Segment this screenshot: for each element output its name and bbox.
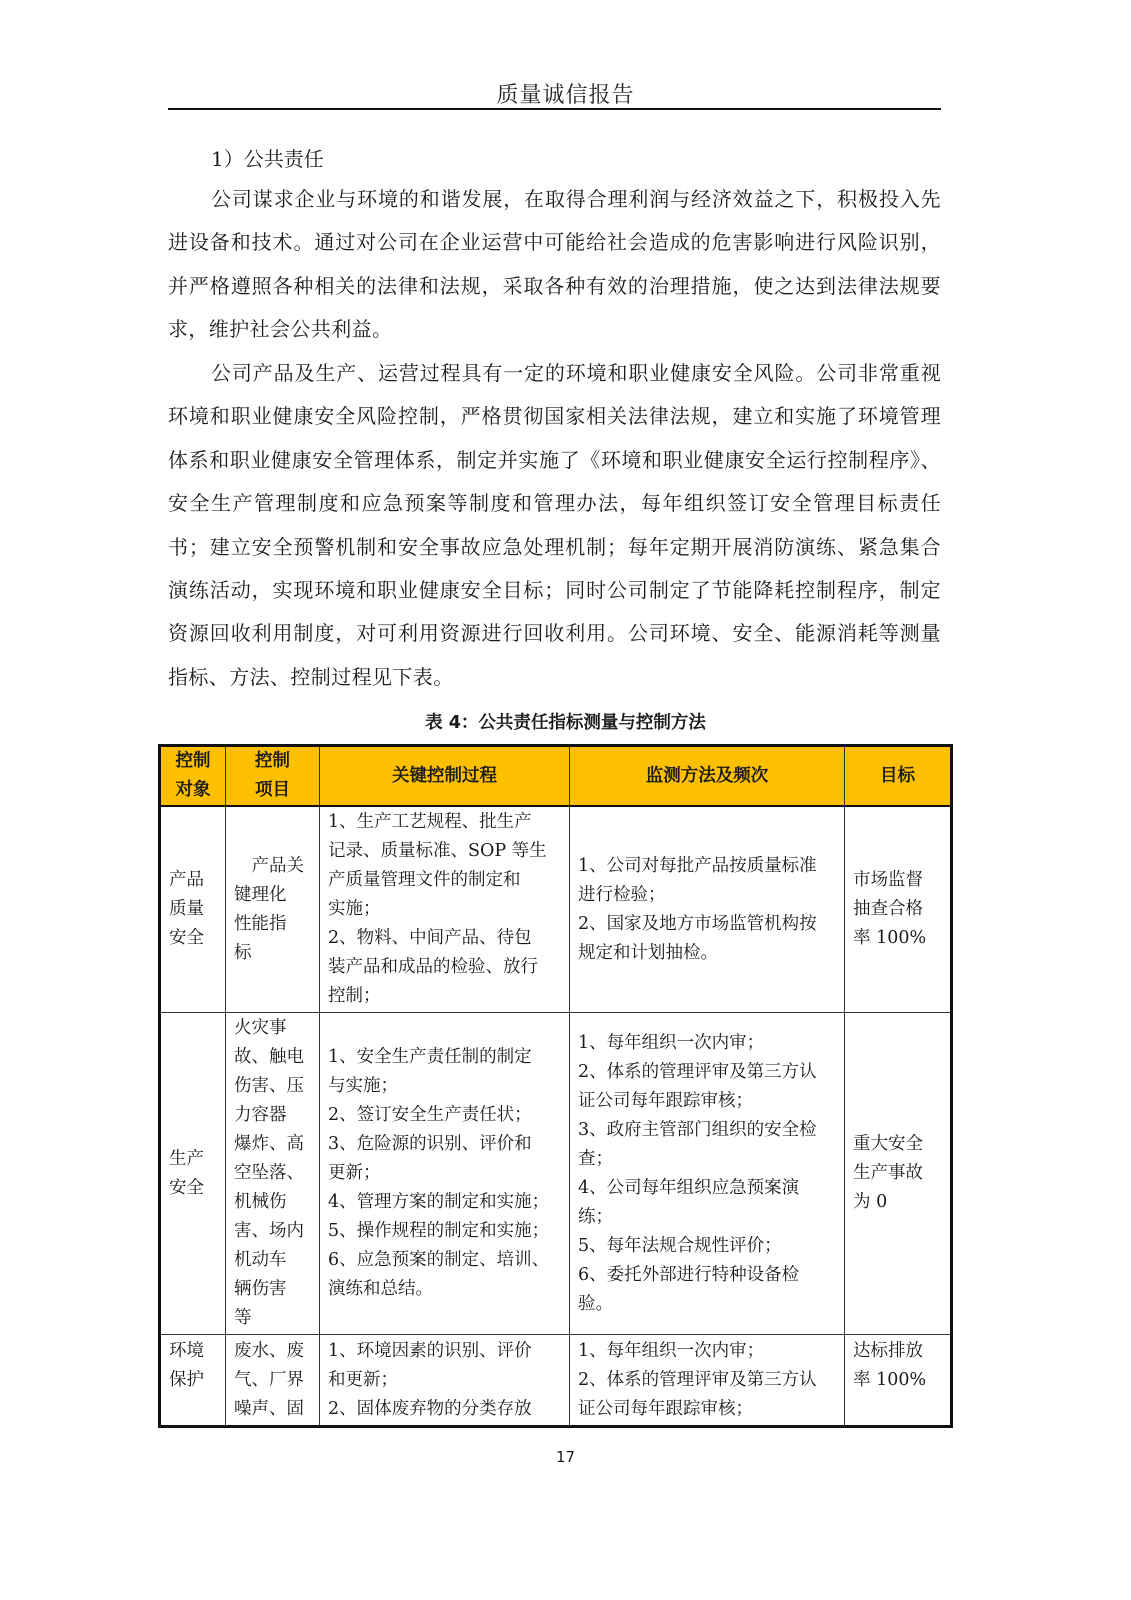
cell-text-line: 抽查合格 (853, 895, 944, 924)
cell-text-line: 空坠落、 (234, 1159, 313, 1188)
cell-text-line: 规定和计划抽检。 (578, 939, 838, 968)
cell-text-line: 2、体系的管理评审及第三方认 (578, 1366, 838, 1395)
cell-control-object: 生产安全 (160, 1013, 226, 1335)
cell-monitoring: 1、每年组织一次内审；2、体系的管理评审及第三方认证公司每年跟踪审核；3、政府主… (570, 1013, 845, 1335)
cell-text-line: 验。 (578, 1290, 838, 1319)
cell-text-line: 标 (234, 939, 313, 968)
cell-text-line: 生产 (169, 1145, 219, 1174)
cell-text-line: 等 (234, 1304, 313, 1333)
table-row: 环境保护废水、废气、厂界噪声、固1、环境因素的识别、评价和更新；2、固体废弃物的… (160, 1335, 952, 1427)
cell-text-line: 率 100% (853, 924, 944, 953)
cell-text-line: 市场监督 (853, 866, 944, 895)
cell-text-line: 更新； (328, 1159, 563, 1188)
cell-text-line: 练； (578, 1203, 838, 1232)
cell-text-line: 6、应急预案的制定、培训、 (328, 1246, 563, 1275)
page-number: 17 (0, 1448, 1131, 1466)
cell-text-line: 废水、废 (234, 1337, 313, 1366)
cell-text-line: 噪声、固 (234, 1395, 313, 1424)
cell-text-line: 4、管理方案的制定和实施； (328, 1188, 563, 1217)
cell-target: 市场监督抽查合格率 100% (845, 806, 952, 1013)
cell-text-line: 1、安全生产责任制的制定 (328, 1043, 563, 1072)
cell-text-line: 装产品和成品的检验、放行 (328, 953, 563, 982)
paragraph-2: 公司产品及生产、运营过程具有一定的环境和职业健康安全风险。公司非常重视环境和职业… (168, 352, 941, 699)
cell-text-line: 1、生产工艺规程、批生产 (328, 808, 563, 837)
cell-control-object: 环境保护 (160, 1335, 226, 1427)
cell-text-line: 达标排放 (853, 1337, 944, 1366)
cell-text-line: 为 0 (853, 1188, 944, 1217)
col-header-control-object: 控制对象 (160, 746, 226, 807)
cell-text-line: 环境 (169, 1337, 219, 1366)
table-row: 产品质量安全 产品关键理化性能指标1、生产工艺规程、批生产记录、质量标准、SOP… (160, 806, 952, 1013)
cell-text-line: 4、公司每年组织应急预案演 (578, 1174, 838, 1203)
cell-control-item: 火灾事故、触电伤害、压力容器爆炸、高空坠落、机械伤害、场内机动车辆伤害等 (226, 1013, 320, 1335)
cell-text-line: 查； (578, 1145, 838, 1174)
cell-text-line: 进行检验； (578, 881, 838, 910)
cell-text-line: 爆炸、高 (234, 1130, 313, 1159)
section-heading: 1）公共责任 (211, 143, 324, 172)
cell-text-line: 演练和总结。 (328, 1275, 563, 1304)
cell-text-line: 5、每年法规合规性评价； (578, 1232, 838, 1261)
cell-text-line: 保护 (169, 1366, 219, 1395)
header-divider (168, 108, 941, 110)
cell-text-line: 控制； (328, 982, 563, 1011)
col-header-key-process: 关键控制过程 (320, 746, 570, 807)
cell-text-line: 2、签订安全生产责任状； (328, 1101, 563, 1130)
cell-key-process: 1、环境因素的识别、评价和更新；2、固体废弃物的分类存放 (320, 1335, 570, 1427)
cell-text-line: 火灾事 (234, 1014, 313, 1043)
cell-text-line: 质量 (169, 895, 219, 924)
cell-text-line: 1、每年组织一次内审； (578, 1337, 838, 1366)
table-caption: 表 4：公共责任指标测量与控制方法 (0, 709, 1131, 734)
col-header-monitoring: 监测方法及频次 (570, 746, 845, 807)
cell-text-line: 2、固体废弃物的分类存放 (328, 1395, 563, 1424)
cell-text-line: 3、政府主管部门组织的安全检 (578, 1116, 838, 1145)
cell-text-line: 重大安全 (853, 1130, 944, 1159)
cell-text-line: 机动车 (234, 1246, 313, 1275)
cell-text-line: 2、物料、中间产品、待包 (328, 924, 563, 953)
cell-target: 达标排放率 100% (845, 1335, 952, 1427)
cell-text-line: 和更新； (328, 1366, 563, 1395)
col-header-control-item: 控制项目 (226, 746, 320, 807)
cell-text-line: 证公司每年跟踪审核； (578, 1395, 838, 1424)
table-header-row: 控制对象 控制项目 关键控制过程 监测方法及频次 目标 (160, 746, 952, 807)
cell-text-line: 机械伤 (234, 1188, 313, 1217)
cell-text-line: 2、体系的管理评审及第三方认 (578, 1058, 838, 1087)
cell-control-item: 产品关键理化性能指标 (226, 806, 320, 1013)
cell-key-process: 1、安全生产责任制的制定与实施；2、签订安全生产责任状；3、危险源的识别、评价和… (320, 1013, 570, 1335)
cell-monitoring: 1、每年组织一次内审；2、体系的管理评审及第三方认证公司每年跟踪审核； (570, 1335, 845, 1427)
cell-text-line: 率 100% (853, 1366, 944, 1395)
page-header-title: 质量诚信报告 (0, 78, 1131, 109)
cell-text-line: 实施； (328, 895, 563, 924)
table-row: 生产安全火灾事故、触电伤害、压力容器爆炸、高空坠落、机械伤害、场内机动车辆伤害等… (160, 1013, 952, 1335)
cell-text-line: 性能指 (234, 910, 313, 939)
cell-target: 重大安全生产事故为 0 (845, 1013, 952, 1335)
cell-text-line: 产品关 (234, 852, 313, 881)
cell-text-line: 产质量管理文件的制定和 (328, 866, 563, 895)
cell-control-item: 废水、废气、厂界噪声、固 (226, 1335, 320, 1427)
cell-text-line: 伤害、压 (234, 1072, 313, 1101)
cell-text-line: 键理化 (234, 881, 313, 910)
cell-text-line: 1、环境因素的识别、评价 (328, 1337, 563, 1366)
col-header-target: 目标 (845, 746, 952, 807)
cell-text-line: 1、公司对每批产品按质量标准 (578, 852, 838, 881)
cell-text-line: 产品 (169, 866, 219, 895)
cell-text-line: 5、操作规程的制定和实施； (328, 1217, 563, 1246)
cell-text-line: 安全 (169, 1174, 219, 1203)
cell-text-line: 与实施； (328, 1072, 563, 1101)
cell-text-line: 害、场内 (234, 1217, 313, 1246)
paragraph-1: 公司谋求企业与环境的和谐发展，在取得合理利润与经济效益之下，积极投入先进设备和技… (168, 178, 941, 352)
cell-control-object: 产品质量安全 (160, 806, 226, 1013)
cell-text-line: 2、国家及地方市场监管机构按 (578, 910, 838, 939)
cell-text-line: 记录、质量标准、SOP 等生 (328, 837, 563, 866)
cell-text-line: 辆伤害 (234, 1275, 313, 1304)
cell-text-line: 生产事故 (853, 1159, 944, 1188)
cell-text-line: 3、危险源的识别、评价和 (328, 1130, 563, 1159)
cell-text-line: 力容器 (234, 1101, 313, 1130)
cell-text-line: 6、委托外部进行特种设备检 (578, 1261, 838, 1290)
cell-text-line: 1、每年组织一次内审； (578, 1029, 838, 1058)
cell-text-line: 证公司每年跟踪审核； (578, 1087, 838, 1116)
cell-text-line: 气、厂界 (234, 1366, 313, 1395)
cell-key-process: 1、生产工艺规程、批生产记录、质量标准、SOP 等生产质量管理文件的制定和实施；… (320, 806, 570, 1013)
public-responsibility-table: 控制对象 控制项目 关键控制过程 监测方法及频次 目标 产品质量安全 产品关键理… (158, 744, 953, 1428)
cell-monitoring: 1、公司对每批产品按质量标准进行检验；2、国家及地方市场监管机构按规定和计划抽检… (570, 806, 845, 1013)
cell-text-line: 故、触电 (234, 1043, 313, 1072)
cell-text-line: 安全 (169, 924, 219, 953)
